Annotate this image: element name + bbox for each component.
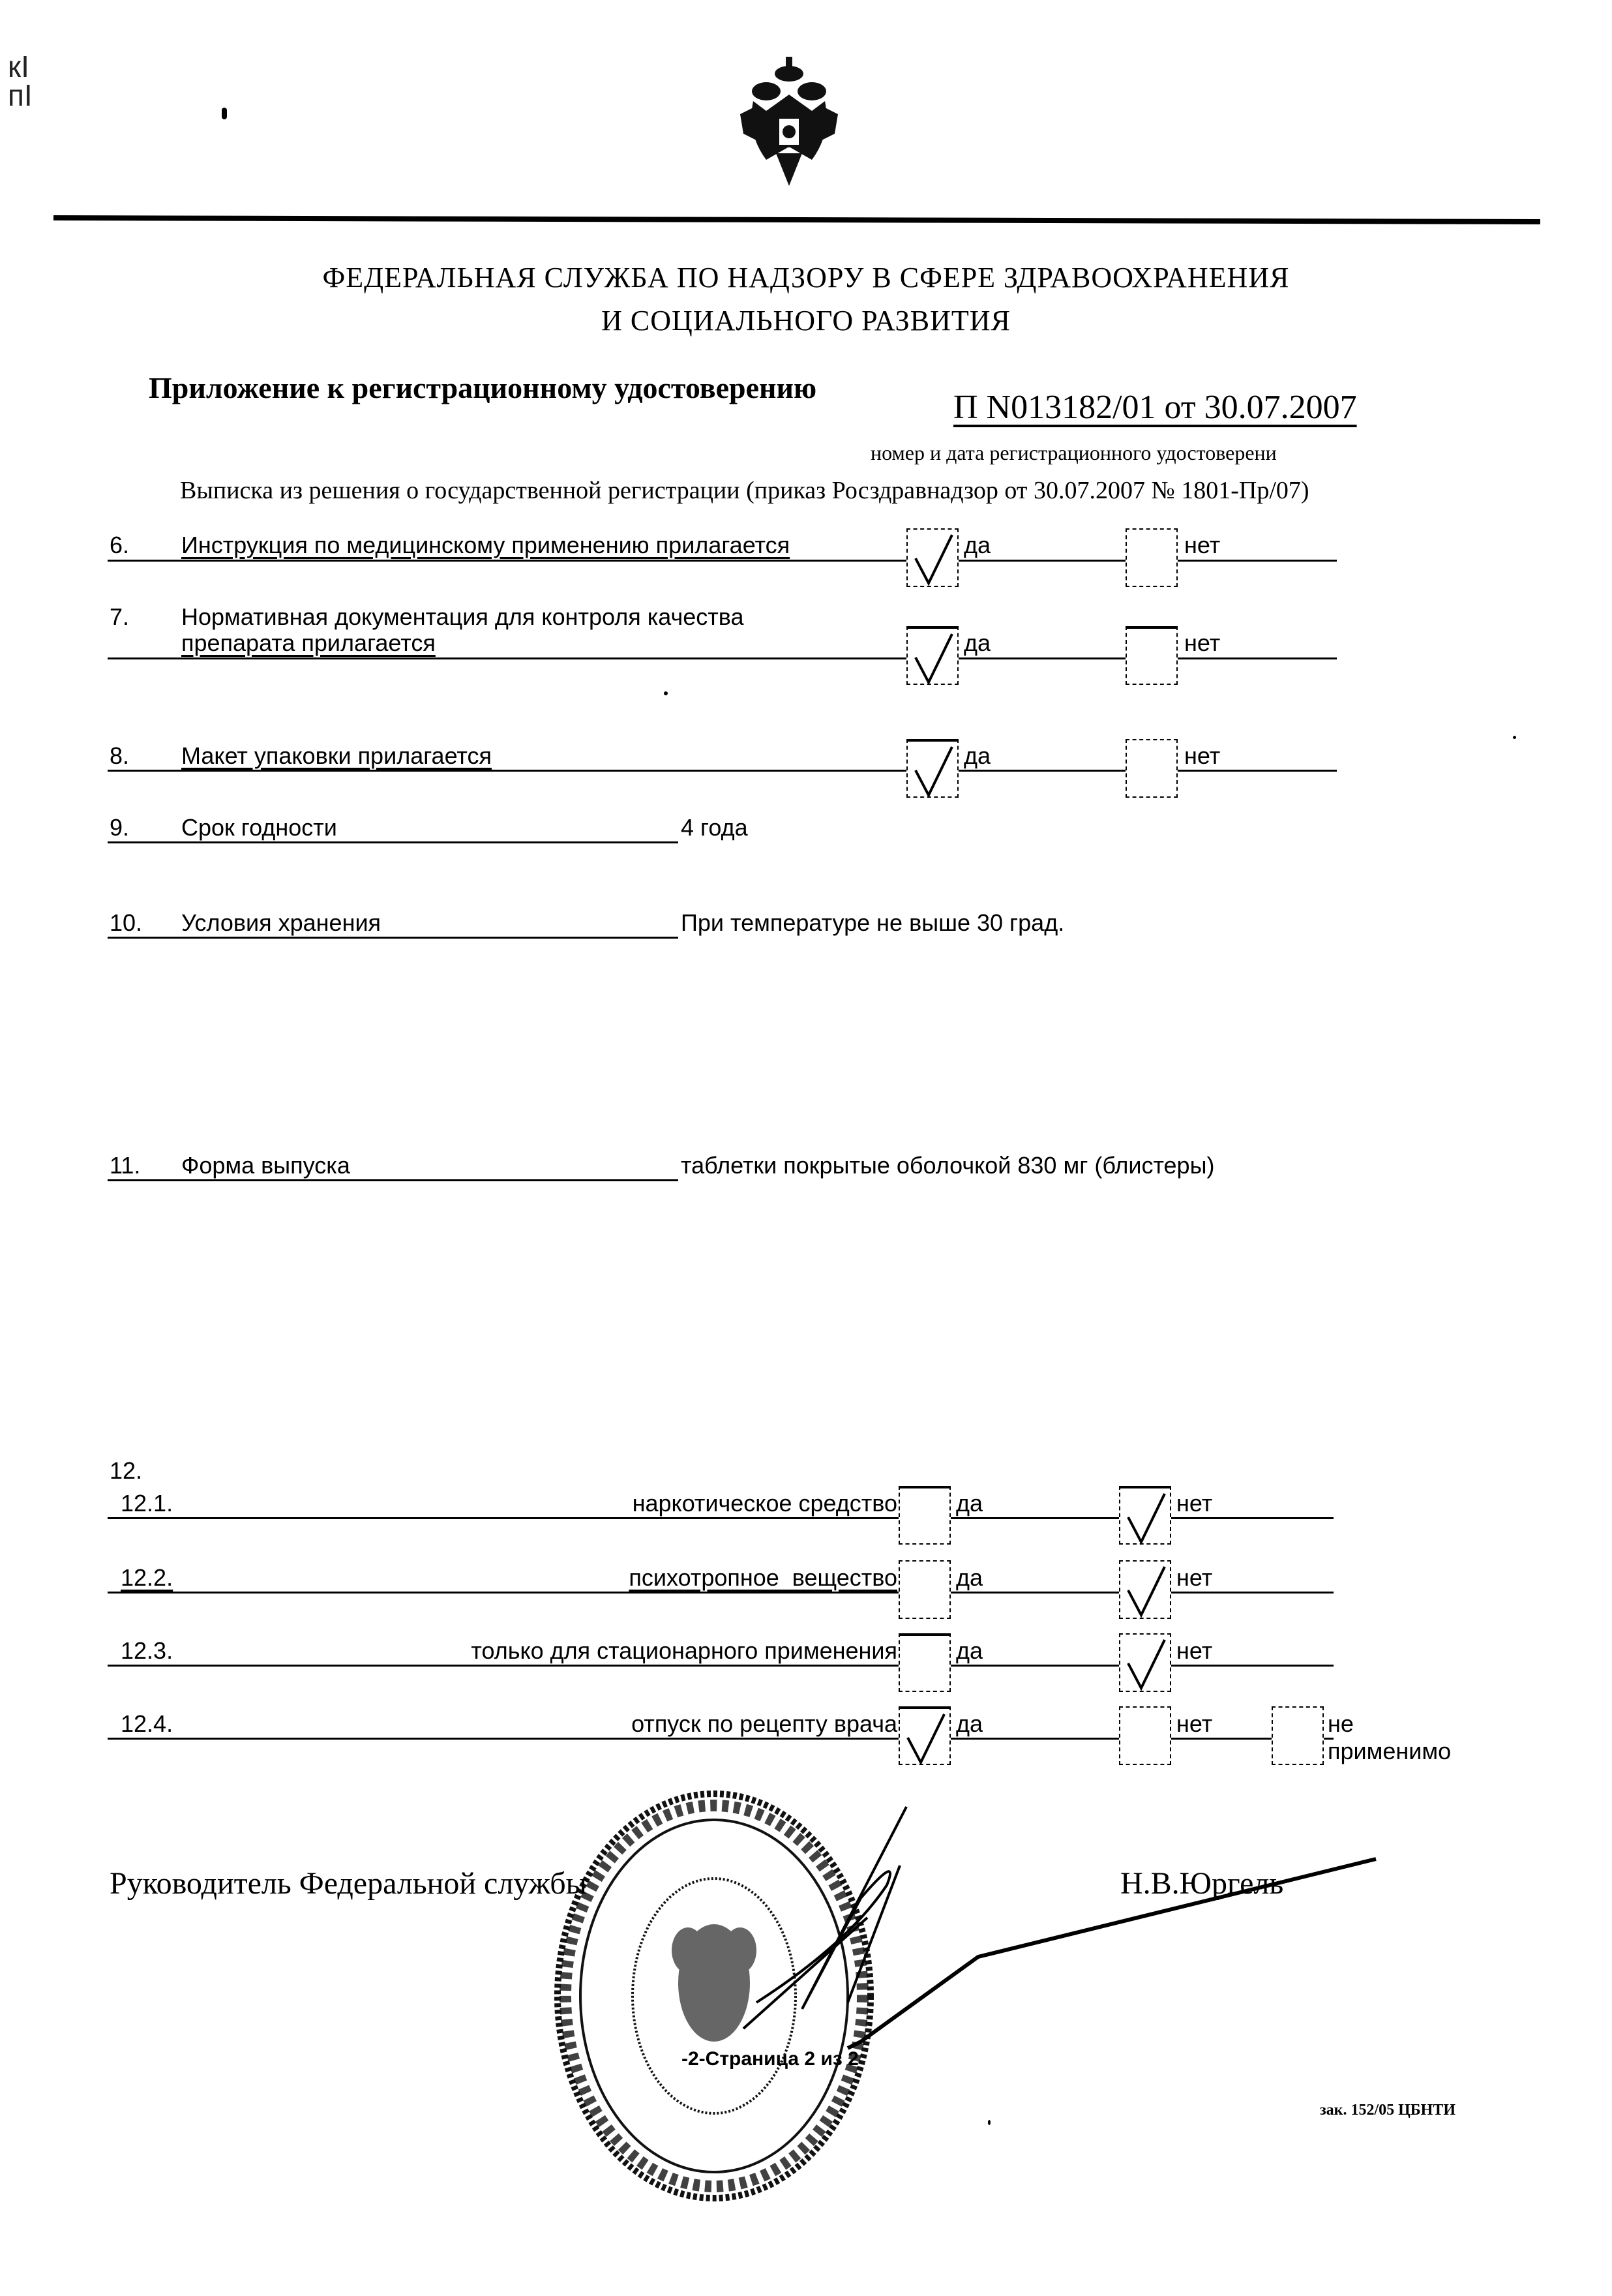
item-12-1-number: 12.1.	[121, 1490, 173, 1517]
item-6-no-label: нет	[1184, 532, 1220, 559]
item-8-number: 8.	[110, 742, 129, 770]
agency-heading-line1: ФЕДЕРАЛЬНАЯ СЛУЖБА ПО НАДЗОРУ В СФЕРЕ ЗД…	[0, 261, 1612, 294]
header-divider	[53, 215, 1540, 224]
item-12-1-label: наркотическое средство	[633, 1490, 897, 1517]
item-12-3-number: 12.3.	[121, 1637, 173, 1665]
item-7-label-line1: Нормативная документация для контроля ка…	[181, 603, 744, 631]
checkmark-icon	[1126, 1637, 1167, 1691]
print-mark: зак. 152/05 ЦБНТИ	[1320, 2102, 1455, 2119]
item-12-4-no-checkbox[interactable]	[1119, 1706, 1171, 1765]
item-9-label: Срок годности	[181, 814, 337, 841]
handwritten-signature	[652, 1787, 1382, 2087]
item-12-3-yes-checkbox[interactable]	[899, 1633, 951, 1692]
item-12-4-not-applicable-checkbox[interactable]	[1272, 1706, 1324, 1765]
item-12-3-no-label: нет	[1176, 1637, 1212, 1665]
item-12-4-no-label: нет	[1176, 1710, 1212, 1738]
item-7-number: 7.	[110, 603, 129, 631]
item-7-yes-checkbox[interactable]	[906, 626, 959, 685]
item-12-4-yes-label: да	[956, 1710, 983, 1738]
scan-speck	[664, 691, 668, 695]
item-12-2-no-label: нет	[1176, 1564, 1212, 1592]
page-indicator: -2-Страница 2 из 2	[681, 2048, 859, 2070]
item-8-label: Макет упаковки прилагается	[181, 742, 492, 770]
agency-heading-line2: И СОЦИАЛЬНОГО РАЗВИТИЯ	[0, 304, 1612, 337]
scan-speck	[988, 2120, 991, 2125]
item-12-1-no-label: нет	[1176, 1490, 1212, 1517]
item-8-no-label: нет	[1184, 742, 1220, 770]
signature-icon	[652, 1787, 1382, 2087]
checkmark-icon	[905, 1712, 947, 1765]
item-7-yes-label: да	[964, 629, 991, 657]
item-11-label: Форма выпуска	[181, 1152, 350, 1179]
item-12-number: 12.	[110, 1457, 142, 1485]
item-11-underline	[108, 1179, 678, 1181]
item-9-underline	[108, 841, 678, 843]
item-12-3-yes-label: да	[956, 1637, 983, 1665]
item-12-1-yes-checkbox[interactable]	[899, 1486, 951, 1545]
item-10-underline	[108, 937, 678, 939]
item-8-yes-checkbox[interactable]	[906, 739, 959, 798]
checkmark-icon	[913, 744, 955, 798]
checkmark-icon	[913, 532, 955, 586]
item-10-label: Условия хранения	[181, 909, 381, 937]
item-12-4-yes-checkbox[interactable]	[899, 1706, 951, 1765]
certificate-caption: номер и дата регистрационного удостовере…	[871, 441, 1277, 465]
signatory-title: Руководитель Федеральной службы	[110, 1865, 587, 1901]
item-9-number: 9.	[110, 814, 129, 841]
extract-line: Выписка из решения о государственной рег…	[180, 476, 1309, 505]
handwritten-margin-note: кІпІ	[8, 52, 33, 110]
item-12-2-no-checkbox[interactable]	[1119, 1560, 1171, 1619]
item-6-yes-checkbox[interactable]	[906, 528, 959, 587]
item-12-2-yes-checkbox[interactable]	[899, 1560, 951, 1619]
certificate-number: П N013182/01 от 30.07.2007	[953, 388, 1357, 427]
item-7-label-line2: препарата прилагается	[181, 629, 436, 657]
item-7-no-label: нет	[1184, 629, 1220, 657]
item-9-value: 4 года	[681, 814, 748, 841]
item-11-number: 11.	[110, 1152, 140, 1179]
margin-mark	[222, 108, 227, 119]
item-12-4-not-applicable-label-line1: не	[1328, 1710, 1354, 1738]
item-6-label: Инструкция по медицинскому применению пр…	[181, 532, 790, 559]
item-6-yes-label: да	[964, 532, 991, 559]
checkmark-icon	[913, 631, 955, 685]
item-12-4-number: 12.4.	[121, 1710, 173, 1738]
item-7-no-checkbox[interactable]	[1126, 626, 1178, 685]
checkmark-icon	[1126, 1491, 1167, 1545]
item-8-yes-label: да	[964, 742, 991, 770]
coat-of-arms-emblem	[740, 55, 838, 189]
item-12-4-label: отпуск по рецепту врача	[631, 1710, 897, 1738]
item-8-no-checkbox[interactable]	[1126, 739, 1178, 798]
item-12-4-not-applicable-label-line2: применимо	[1328, 1738, 1451, 1765]
item-12-2-number: 12.2.	[121, 1564, 173, 1592]
appendix-title: Приложение к регистрационному удостовере…	[149, 370, 816, 405]
item-12-3-no-checkbox[interactable]	[1119, 1633, 1171, 1692]
item-11-value: таблетки покрытые оболочкой 830 мг (блис…	[681, 1152, 1214, 1179]
scan-speck	[1513, 736, 1516, 739]
item-10-value: При температуре не выше 30 град.	[681, 909, 1064, 937]
item-12-3-label: только для стационарного применения	[471, 1637, 897, 1665]
item-12-1-yes-label: да	[956, 1490, 983, 1517]
item-12-2-label: психотропное вещество	[629, 1564, 897, 1592]
item-12-1-no-checkbox[interactable]	[1119, 1486, 1171, 1545]
item-10-number: 10.	[110, 909, 142, 937]
double-headed-eagle-icon	[740, 55, 838, 189]
item-6-no-checkbox[interactable]	[1126, 528, 1178, 587]
item-6-number: 6.	[110, 532, 129, 559]
checkmark-icon	[1126, 1564, 1167, 1618]
item-12-2-yes-label: да	[956, 1564, 983, 1592]
